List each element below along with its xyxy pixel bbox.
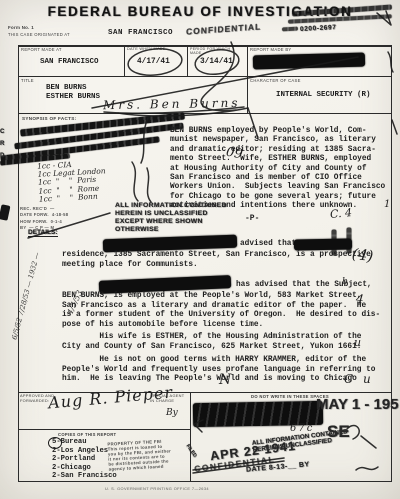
by-mark: By <box>166 408 178 418</box>
margin-mark-u: u <box>354 336 361 349</box>
margin-mark-1: 1 <box>384 199 390 210</box>
report-made-at-value: SAN FRANCISCO <box>40 58 99 66</box>
details-p1-text: advised that <box>240 240 296 248</box>
details-p1-body: residence, 1385 Sacramento Street, San F… <box>62 251 371 271</box>
scanned-fbi-report-page: FEDERAL BUREAU OF INVESTIGATION 0200-269… <box>0 0 400 499</box>
property-of-fbi-stamp: PROPERTY OF THE FBI This report is loane… <box>107 438 172 471</box>
printing-office-line: U. S. GOVERNMENT PRINTING OFFICE 7—2634 <box>105 486 209 491</box>
form-divider <box>247 45 248 113</box>
case-originated-label: THIS CASE ORIGINATED AT <box>8 32 70 37</box>
details-p3-body: His wife is ESTHER, of the Housing Admin… <box>62 333 361 352</box>
form-line <box>18 76 392 77</box>
form-line <box>18 429 190 430</box>
title-label: TITLE <box>21 78 34 83</box>
margin-mark-c4: C. 4 <box>329 206 352 221</box>
margin-date-scribbles: 6/5/52 7/28/53 — 1932 — <box>4 227 48 364</box>
form-border-left <box>18 45 19 482</box>
margin-mark-b: b <box>342 277 348 287</box>
report-made-by-label: REPORT MADE BY <box>250 47 292 52</box>
cc-distribution-notes: 1cc - CIA 1cc Legat London 1cc " " Paris… <box>37 159 107 204</box>
period-label: PERIOD FOR WHICH MADE <box>190 47 240 55</box>
file-number-stamp: 0200-2697 <box>300 24 337 33</box>
handwritten-name: Mrs. Ben Burns <box>103 96 241 112</box>
ink-blob <box>0 204 10 221</box>
character-of-case-label: CHARACTER OF CASE <box>250 78 301 83</box>
date-when-made-label: DATE WHEN MADE <box>127 47 166 51</box>
crossed-letter: D <box>0 153 4 159</box>
margin-mark-4: 4 <box>355 292 364 307</box>
filed-mark: FILED <box>185 443 198 458</box>
date-when-made-value: 4/17/41 <box>137 58 170 66</box>
smudged-stamp-bar <box>282 27 298 32</box>
form-border-right <box>391 45 392 482</box>
case-originated-value: SAN FRANCISCO <box>108 29 173 37</box>
margin-mark-cu: C u <box>344 372 374 386</box>
circle-annotation <box>48 437 62 449</box>
margin-mark-09: 09 <box>225 145 244 163</box>
may-date-stamp: MAY 1 - 195 <box>316 396 399 413</box>
synopsis-label: SYNOPSIS OF FACTS: <box>22 116 76 121</box>
details-p2-text: has advised that the Subject, <box>236 281 372 289</box>
special-agent-in-charge-label: SPECIAL AGENT IN CHARGE <box>150 394 184 403</box>
form-divider-footer <box>190 392 191 481</box>
character-of-case-value: INTERNAL SECURITY (R) <box>276 91 371 99</box>
unclassified-stamp: ALL INFORMATION CONTAINED HEREIN IS UNCL… <box>115 202 227 234</box>
redaction-bar <box>253 53 365 70</box>
redaction-bar <box>294 238 352 250</box>
copies-label: COPIES OF THIS REPORT <box>58 432 116 437</box>
form-divider <box>187 45 188 76</box>
form-border-bottom <box>18 481 392 482</box>
confidential-stamp-top: CONFIDENTIAL <box>186 21 261 36</box>
margin-mark-paren4: (4) <box>351 245 375 266</box>
form-line <box>18 113 392 114</box>
details-p2-body: BEN BURNS, is employed at the People's W… <box>62 292 380 330</box>
subject-names: BEN BURNS ESTHER BURNS <box>46 84 100 102</box>
form-number-label: Form No. 1 <box>8 25 34 30</box>
crossed-letter: C <box>0 129 4 135</box>
pending-status-mark: -P- <box>245 214 259 223</box>
form-divider <box>124 45 125 76</box>
margin-mark-n: N <box>219 372 231 388</box>
synopsis-body: BEN BURNS employed by People's World, Co… <box>170 127 385 212</box>
period-value: 3/14/41 <box>200 58 233 66</box>
redaction-bar <box>103 235 237 253</box>
report-made-at-label: REPORT MADE AT <box>21 47 62 52</box>
crossed-letter: R <box>0 141 4 147</box>
